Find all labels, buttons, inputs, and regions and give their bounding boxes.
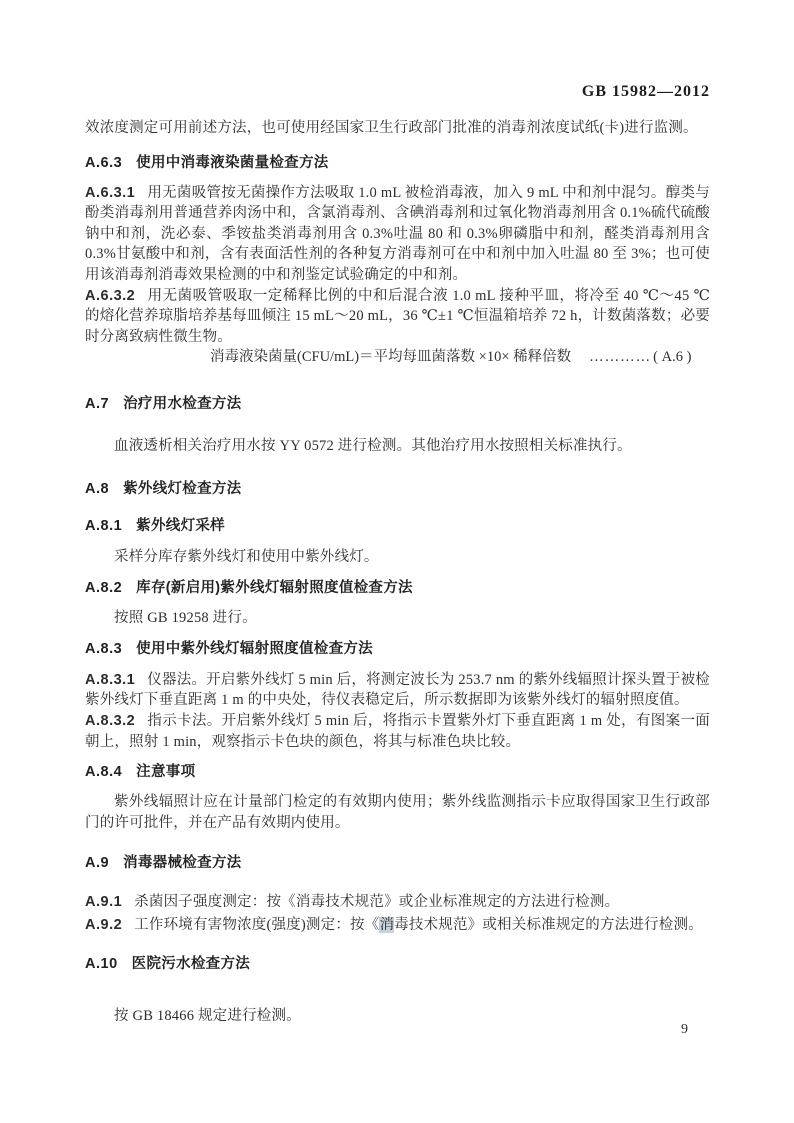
clause-number: A.8.3.1 (85, 672, 135, 688)
clause-text: 工作环境有害物浓度(强度)测定：按《消毒技术规范》或相关标准规定的方法进行检测。 (134, 917, 703, 933)
heading-a7: A.7治疗用水检查方法 (85, 394, 710, 415)
heading-number: A.6.3 (85, 155, 122, 171)
heading-number: A.8.1 (85, 518, 122, 534)
clause-text-post: 毒技术规范》或相关标准规定的方法进行检测。 (394, 917, 703, 933)
intro-paragraph: 效浓度测定可用前述方法，也可使用经国家卫生行政部门批准的消毒剂浓度试纸(卡)进行… (85, 118, 710, 139)
heading-number: A.8.2 (85, 580, 122, 596)
paragraph-a7: 血液透析相关治疗用水按 YY 0572 进行检测。其他治疗用水按照相关标准执行。 (85, 436, 710, 457)
clause-a8-3-1: A.8.3.1仪器法。开启紫外线灯 5 min 后，将测定波长为 253.7 n… (85, 670, 710, 711)
heading-number: A.8.3 (85, 641, 122, 657)
heading-a6-3: A.6.3使用中消毒液染菌量检查方法 (85, 153, 710, 174)
paragraph-a8-1: 采样分库存紫外线灯和使用中紫外线灯。 (85, 547, 710, 568)
clause-number: A.8.3.2 (85, 713, 135, 729)
standard-number-header: GB 15982—2012 (582, 83, 710, 101)
paragraph-a10: 按 GB 18466 规定进行检测。 (85, 1006, 710, 1027)
heading-title: 使用中消毒液染菌量检查方法 (136, 155, 328, 171)
heading-title: 消毒器械检查方法 (123, 855, 241, 871)
heading-number: A.7 (85, 396, 109, 412)
highlighted-character: 消 (379, 917, 394, 933)
heading-title: 医院污水检查方法 (132, 956, 250, 972)
formula-reference: ( A.6 ) (653, 349, 691, 365)
heading-number: A.8.4 (85, 764, 122, 780)
heading-title: 紫外线灯检查方法 (123, 481, 241, 497)
paragraph-a8-4: 紫外线辐照计应在计量部门检定的有效期内使用；紫外线监测指示卡应取得国家卫生行政部… (85, 792, 710, 833)
clause-number: A.6.3.1 (85, 185, 135, 201)
paragraph-a8-2: 按照 GB 19258 进行。 (85, 608, 710, 629)
clause-text: 用无菌吸管吸取一定稀释比例的中和后混合液 1.0 mL 接种平皿，将冷至 40 … (85, 288, 710, 345)
formula-a6: 消毒液染菌量(CFU/mL)＝平均每皿菌落数 ×10× 稀释倍数…………( A.… (85, 347, 710, 368)
heading-a10: A.10医院污水检查方法 (85, 954, 710, 975)
clause-number: A.9.1 (85, 894, 122, 910)
heading-title: 库存(新启用)紫外线灯辐射照度值检查方法 (136, 580, 413, 596)
clause-text-pre: 工作环境有害物浓度(强度)测定：按《 (134, 917, 379, 933)
formula-leader-dots: ………… (589, 349, 651, 365)
clause-text: 仪器法。开启紫外线灯 5 min 后，将测定波长为 253.7 nm 的紫外线辐… (85, 672, 710, 709)
heading-number: A.8 (85, 481, 109, 497)
heading-title: 紫外线灯采样 (136, 518, 225, 534)
heading-title: 治疗用水检查方法 (123, 396, 241, 412)
heading-title: 注意事项 (136, 764, 195, 780)
clause-number: A.9.2 (85, 917, 122, 933)
clause-a9-2: A.9.2工作环境有害物浓度(强度)测定：按《消毒技术规范》或相关标准规定的方法… (85, 915, 710, 936)
heading-a8-1: A.8.1紫外线灯采样 (85, 516, 710, 537)
document-page: GB 15982—2012 效浓度测定可用前述方法，也可使用经国家卫生行政部门批… (0, 0, 794, 1123)
clause-text: 用无菌吸管按无菌操作方法吸取 1.0 mL 被检消毒液，加入 9 mL 中和剂中… (85, 185, 710, 283)
clause-a6-3-2: A.6.3.2用无菌吸管吸取一定稀释比例的中和后混合液 1.0 mL 接种平皿，… (85, 286, 710, 348)
page-number: 9 (681, 1022, 688, 1038)
heading-a8: A.8紫外线灯检查方法 (85, 479, 710, 500)
clause-number: A.6.3.2 (85, 288, 135, 304)
heading-a9: A.9消毒器械检查方法 (85, 853, 710, 874)
clause-text: 杀菌因子强度测定：按《消毒技术规范》或企业标准规定的方法进行检测。 (134, 894, 619, 910)
heading-a8-2: A.8.2库存(新启用)紫外线灯辐射照度值检查方法 (85, 578, 710, 599)
clause-a8-3-2: A.8.3.2指示卡法。开启紫外线灯 5 min 后，将指示卡置紫外灯下垂直距离… (85, 711, 710, 752)
clause-a9-1: A.9.1杀菌因子强度测定：按《消毒技术规范》或企业标准规定的方法进行检测。 (85, 892, 710, 913)
heading-number: A.10 (85, 956, 118, 972)
heading-number: A.9 (85, 855, 109, 871)
heading-title: 使用中紫外线灯辐射照度值检查方法 (136, 641, 373, 657)
clause-a6-3-1: A.6.3.1用无菌吸管按无菌操作方法吸取 1.0 mL 被检消毒液，加入 9 … (85, 183, 710, 286)
heading-a8-4: A.8.4注意事项 (85, 762, 710, 783)
page-content: 效浓度测定可用前述方法，也可使用经国家卫生行政部门批准的消毒剂浓度试纸(卡)进行… (85, 118, 710, 1027)
heading-a8-3: A.8.3使用中紫外线灯辐射照度值检查方法 (85, 639, 710, 660)
formula-expression: 消毒液染菌量(CFU/mL)＝平均每皿菌落数 ×10× 稀释倍数 (210, 349, 571, 365)
clause-text: 指示卡法。开启紫外线灯 5 min 后，将指示卡置紫外灯下垂直距离 1 m 处，… (85, 713, 710, 750)
